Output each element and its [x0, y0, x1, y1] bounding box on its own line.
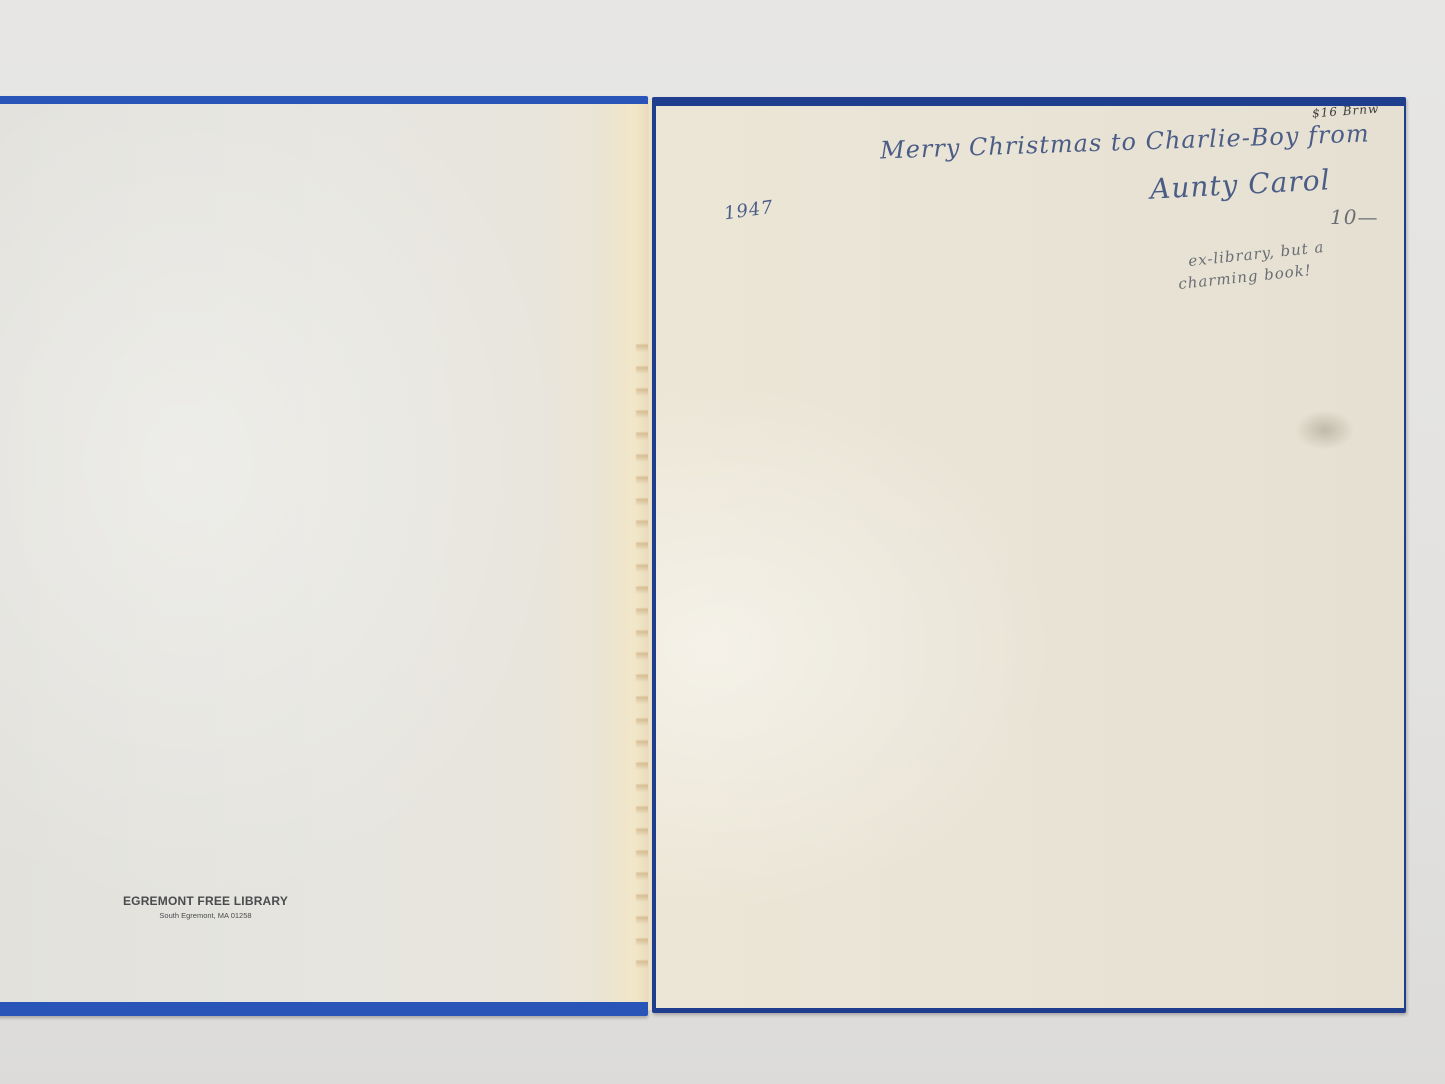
inside-front-cover	[0, 104, 640, 1002]
book-photo: EGREMONT FREE LIBRARY South Egremont, MA…	[0, 0, 1445, 1084]
library-stamp: EGREMONT FREE LIBRARY South Egremont, MA…	[118, 894, 293, 920]
library-name: EGREMONT FREE LIBRARY	[118, 894, 293, 908]
pencil-price: 10—	[1330, 205, 1378, 229]
page-smudge	[1295, 410, 1355, 450]
library-address: South Egremont, MA 01258	[118, 911, 293, 920]
